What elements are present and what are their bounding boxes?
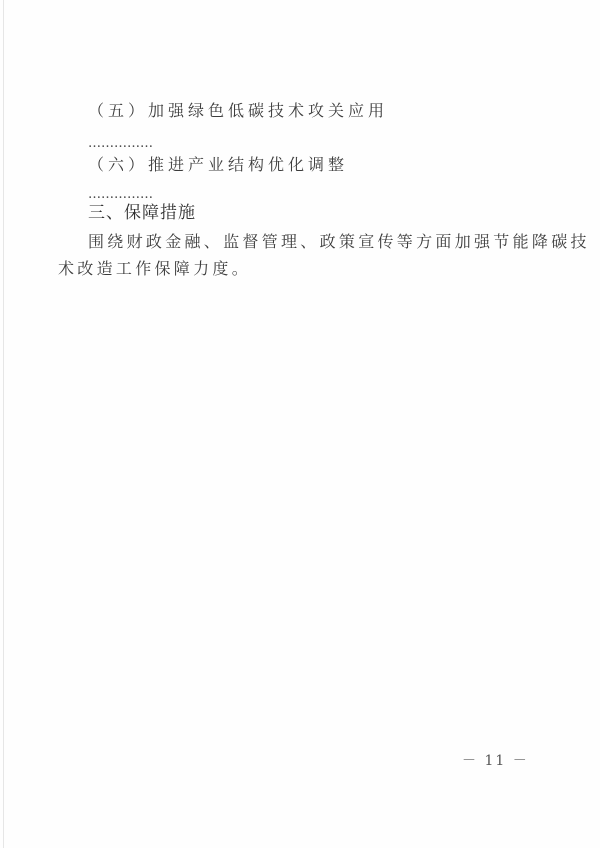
page-number: － 11 － bbox=[462, 750, 529, 770]
ellipsis-5: …………… bbox=[88, 139, 153, 149]
body-paragraph: 围绕财政金融、监督管理、政策宣传等方面加强节能降碳技 术改造工作保障力度。 bbox=[88, 228, 530, 282]
document-page: （五）加强绿色低碳技术攻关应用 …………… （六）推进产业结构优化调整 …………… bbox=[0, 0, 600, 848]
sub-heading-6: （六）推进产业结构优化调整 bbox=[88, 155, 348, 175]
ellipsis-6: …………… bbox=[88, 190, 153, 200]
scan-edge-line bbox=[3, 0, 4, 848]
section-heading-safeguards: 三、保障措施 bbox=[88, 203, 196, 223]
paragraph-line-1: 围绕财政金融、监督管理、政策宣传等方面加强节能降碳技 bbox=[88, 228, 530, 255]
paragraph-line-2: 术改造工作保障力度。 bbox=[58, 255, 530, 282]
sub-heading-5: （五）加强绿色低碳技术攻关应用 bbox=[88, 101, 388, 121]
